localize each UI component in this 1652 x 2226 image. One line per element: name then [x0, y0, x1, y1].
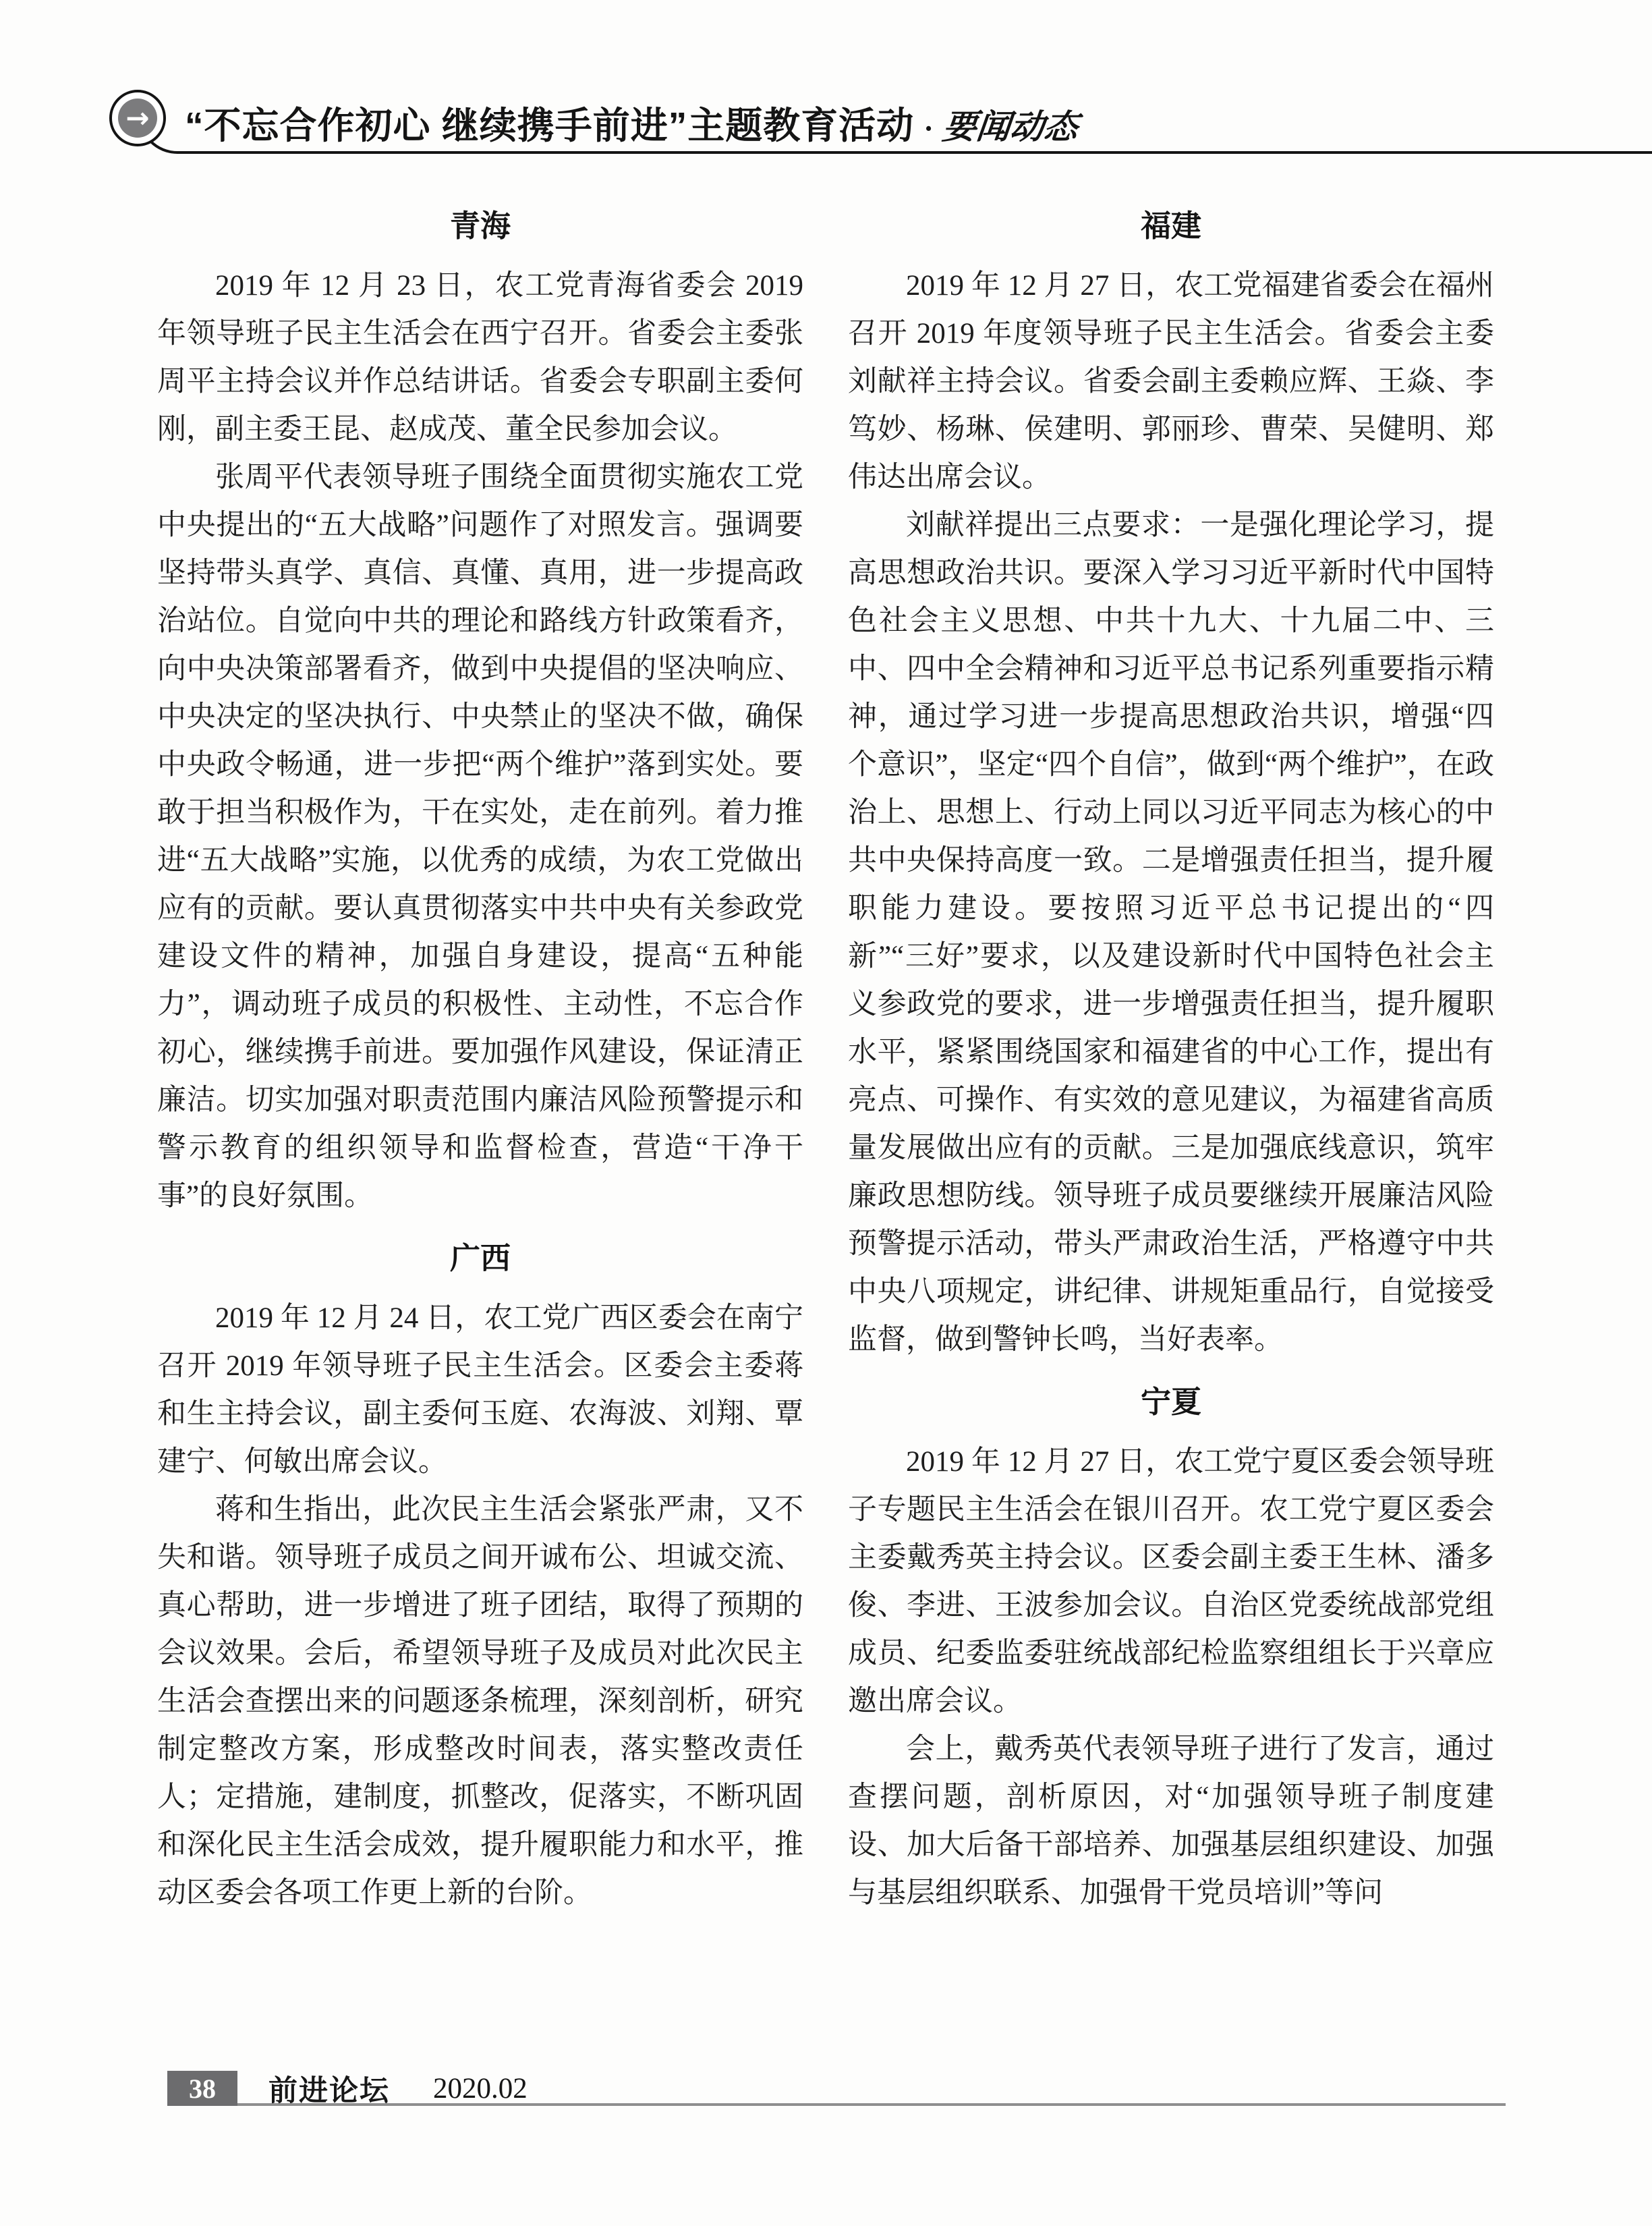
- guangxi-paragraph-1: 2019 年 12 月 24 日，农工党广西区委会在南宁召开 2019 年领导班…: [157, 1294, 803, 1486]
- arrow-right-circle-icon: →: [109, 90, 166, 146]
- footer: 38 前进论坛 2020.02: [167, 2071, 528, 2106]
- footer-issue: 2020.02: [433, 2072, 528, 2105]
- header-subtitle: 要闻动态: [940, 100, 1081, 148]
- section-heading-qinghai: 青海: [157, 206, 803, 246]
- qinghai-paragraph-2: 张周平代表领导班子围绕全面贯彻实施农工党中央提出的“五大战略”问题作了对照发言。…: [157, 453, 803, 1220]
- right-column: 福建 2019 年 12 月 27 日，农工党福建省委会在福州召开 2019 年…: [848, 201, 1494, 1917]
- header-banner: “不忘合作初心 继续携手前进”主题教育活动 · 要闻动态: [185, 96, 1078, 149]
- footer-journal-name: 前进论坛: [268, 2068, 390, 2109]
- header-separator-dot: ·: [923, 111, 934, 146]
- section-heading-guangxi: 广西: [157, 1239, 803, 1278]
- ningxia-paragraph-1: 2019 年 12 月 27 日，农工党宁夏区委会领导班子专题民主生活会在银川召…: [848, 1438, 1494, 1725]
- qinghai-paragraph-1: 2019 年 12 月 23 日，农工党青海省委会 2019 年领导班子民主生活…: [157, 262, 803, 453]
- section-heading-ningxia: 宁夏: [848, 1383, 1494, 1422]
- arrow-glyph: →: [118, 99, 157, 138]
- magazine-page: → “不忘合作初心 继续携手前进”主题教育活动 · 要闻动态 青海 2019 年…: [0, 0, 1652, 2226]
- footer-page-number: 38: [167, 2071, 237, 2106]
- guangxi-paragraph-2: 蒋和生指出，此次民主生活会紧张严肃，又不失和谐。领导班子成员之间开诚布公、坦诚交…: [157, 1486, 803, 1917]
- ningxia-paragraph-2: 会上，戴秀英代表领导班子进行了发言，通过查摆问题，剖析原因，对“加强领导班子制度…: [848, 1725, 1494, 1917]
- fujian-paragraph-2: 刘献祥提出三点要求：一是强化理论学习，提高思想政治共识。要深入学习习近平新时代中…: [848, 501, 1494, 1364]
- fujian-paragraph-1: 2019 年 12 月 27 日，农工党福建省委会在福州召开 2019 年度领导…: [848, 262, 1494, 501]
- left-column: 青海 2019 年 12 月 23 日，农工党青海省委会 2019 年领导班子民…: [157, 201, 803, 1917]
- section-heading-fujian: 福建: [848, 206, 1494, 246]
- header-title: “不忘合作初心 继续携手前进”主题教育活动: [185, 96, 914, 149]
